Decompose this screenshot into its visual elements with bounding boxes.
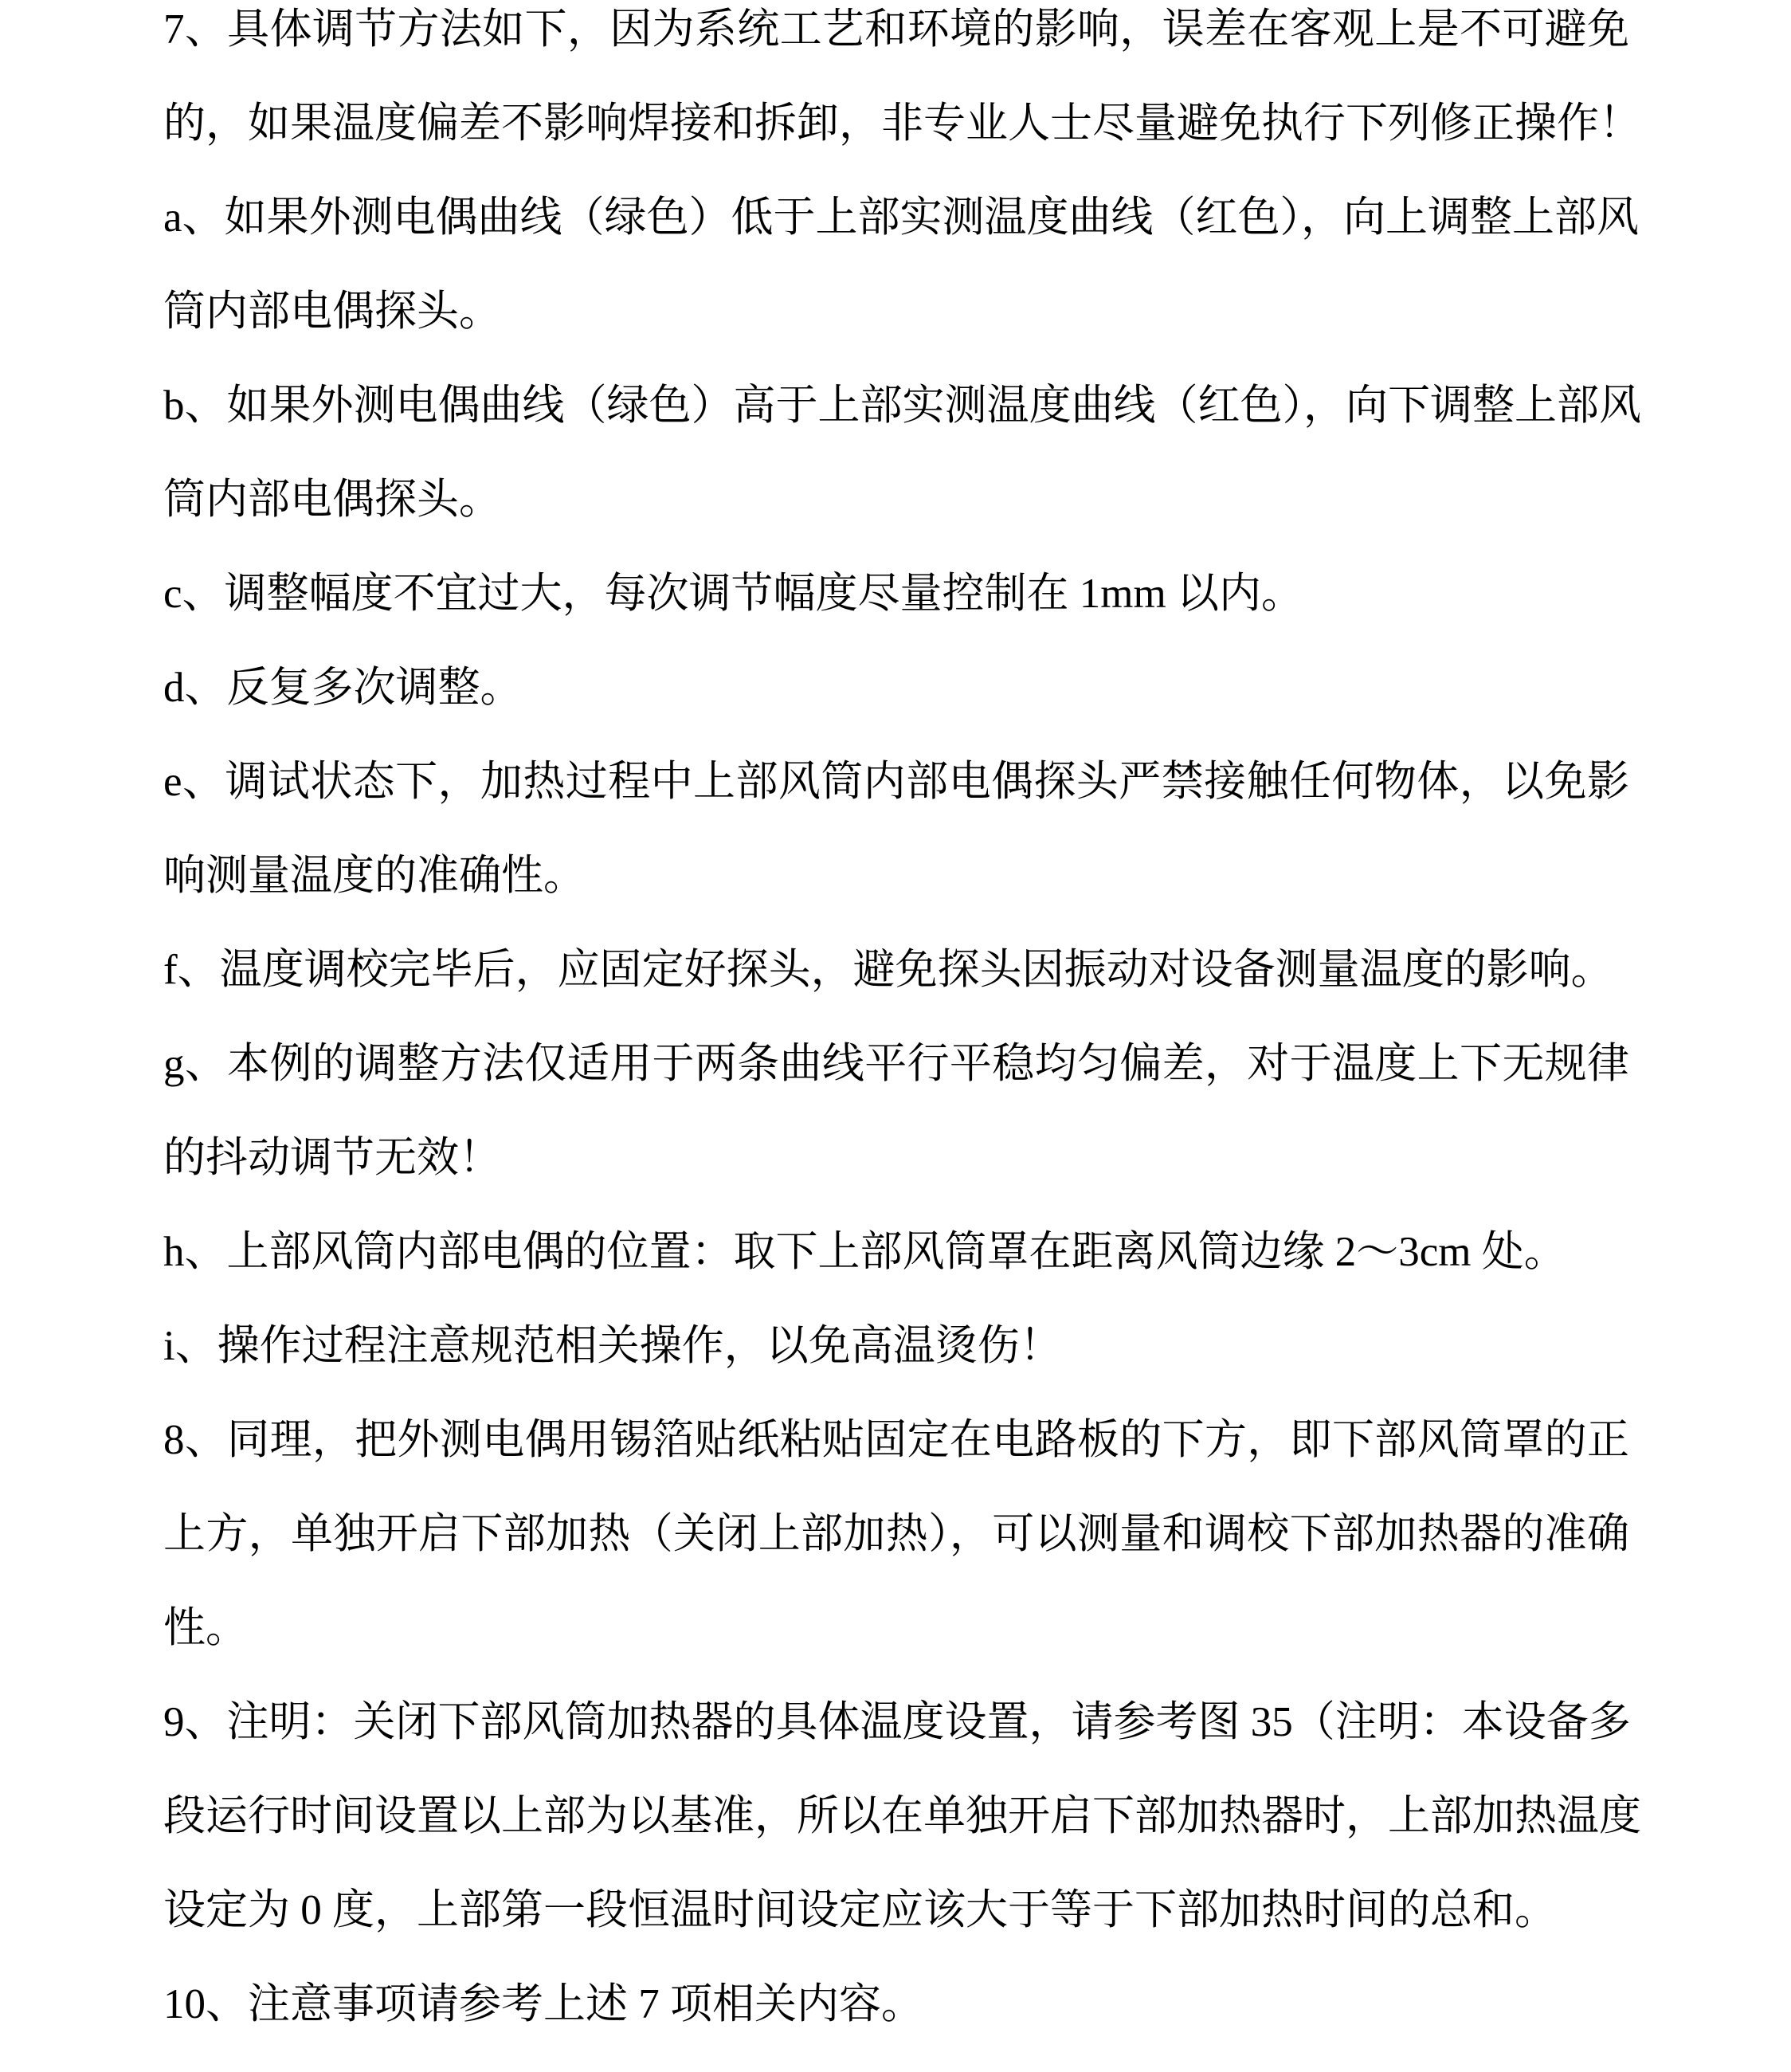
text-line-4: 筒内部电偶探头。 [163,265,1629,359]
text-line-18: 性。 [163,1581,1629,1675]
text-line-3: a、如果外测电偶曲线（绿色）低于上部实测温度曲线（红色），向上调整上部风 [163,171,1629,265]
text-line-15: i、操作过程注意规范相关操作，以免高温烫伤！ [163,1299,1629,1393]
text-line-8: d、反复多次调整。 [163,641,1629,735]
text-line-5: b、如果外测电偶曲线（绿色）高于上部实测温度曲线（红色），向下调整上部风 [163,359,1629,453]
text-line-9: e、调试状态下，加热过程中上部风筒内部电偶探头严禁接触任何物体，以免影 [163,735,1629,829]
text-line-1: 7、具体调节方法如下，因为系统工艺和环境的影响，误差在客观上是不可避免 [163,0,1629,77]
text-line-10: 响测量温度的准确性。 [163,829,1629,923]
text-line-14: h、上部风筒内部电偶的位置：取下上部风筒罩在距离风筒边缘 2～3cm 处。 [163,1205,1629,1299]
text-line-19: 9、注明：关闭下部风筒加热器的具体温度设置，请参考图 35（注明：本设备多 [163,1675,1629,1769]
text-line-22: 10、注意事项请参考上述 7 项相关内容。 [163,1957,1629,2051]
text-line-13: 的抖动调节无效！ [163,1111,1629,1205]
document-page: 7、具体调节方法如下，因为系统工艺和环境的影响，误差在客观上是不可避免 的，如果… [0,0,1791,2072]
text-line-17: 上方，单独开启下部加热（关闭上部加热），可以测量和调校下部加热器的准确 [163,1487,1629,1581]
text-line-2: 的，如果温度偏差不影响焊接和拆卸，非专业人士尽量避免执行下列修正操作！ [163,77,1629,171]
document-body: 7、具体调节方法如下，因为系统工艺和环境的影响，误差在客观上是不可避免 的，如果… [163,0,1629,2051]
text-line-6: 筒内部电偶探头。 [163,453,1629,547]
text-line-20: 段运行时间设置以上部为以基准，所以在单独开启下部加热器时，上部加热温度 [163,1769,1629,1863]
text-line-12: g、本例的调整方法仅适用于两条曲线平行平稳均匀偏差，对于温度上下无规律 [163,1017,1629,1111]
text-line-21: 设定为 0 度，上部第一段恒温时间设定应该大于等于下部加热时间的总和。 [163,1863,1629,1957]
text-line-7: c、调整幅度不宜过大，每次调节幅度尽量控制在 1mm 以内。 [163,547,1629,641]
text-line-11: f、温度调校完毕后，应固定好探头，避免探头因振动对设备测量温度的影响。 [163,923,1629,1017]
text-line-16: 8、同理，把外测电偶用锡箔贴纸粘贴固定在电路板的下方，即下部风筒罩的正 [163,1393,1629,1487]
